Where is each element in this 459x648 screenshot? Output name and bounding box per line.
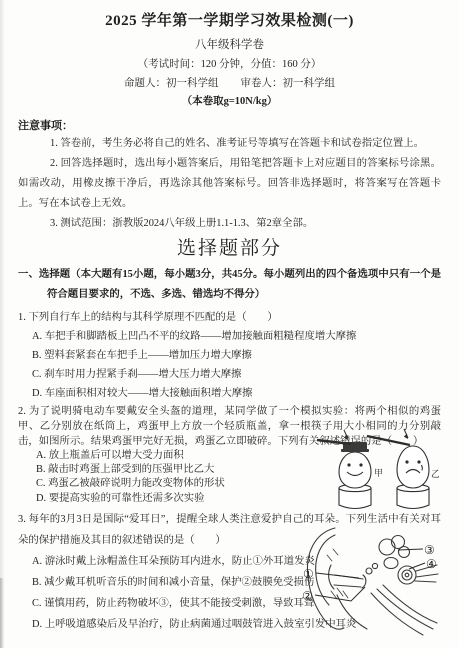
egg-label-yi: 乙 bbox=[431, 469, 439, 479]
ear-anatomy-figure: ① ② ③ ④ bbox=[301, 525, 441, 641]
question-1-option-b: B. 塑料套紧套在车把手上——增加压力增大摩擦 bbox=[32, 346, 441, 365]
scan-smudge bbox=[0, 578, 4, 648]
section-title: 选择题部分 bbox=[18, 236, 441, 262]
question-1-option-a: A. 车把手和脚踏板上凹凸不平的纹路——增加接触面粗糙程度增大摩擦 bbox=[32, 327, 441, 346]
question-2: 甲 乙 2. 为了说明骑电动车要戴安全头盔的道理，某同学做了一个模拟实验：将两个… bbox=[18, 404, 441, 506]
egg-experiment-figure: 甲 乙 bbox=[317, 428, 439, 512]
authors-line: 命题人：初一科学组审卷人：初一科学组 bbox=[18, 76, 441, 91]
gravity-note: （本卷取g=10N/kg） bbox=[18, 94, 441, 109]
question-1-option-d: D. 车座面积相对较大——增大接触面积增大摩擦 bbox=[32, 384, 441, 403]
notice-item-3: 3. 测试范围：浙教版2024八年级上册1.1-1.3、第2章全部。 bbox=[18, 214, 441, 234]
question-1-stem: 1. 下列自行车上的结构与其科学原理不匹配的是（ ） bbox=[18, 308, 441, 327]
question-3: ① ② ③ ④ 3. 每年的3月3日是国际“爱耳日”，提醒全球人类注意爱护自己的… bbox=[18, 509, 441, 635]
ear-label-1: ① bbox=[303, 567, 314, 581]
egg-jia-group bbox=[317, 430, 371, 509]
notice-heading: 注意事项： bbox=[18, 118, 441, 134]
egg-yi bbox=[397, 446, 429, 488]
question-1-option-c: C. 刹车时用力捏紧手刹——增大压力增大摩擦 bbox=[32, 365, 441, 384]
egg-jia bbox=[339, 452, 371, 488]
author-reviewer: 审卷人：初一科学组 bbox=[241, 78, 336, 89]
ear-label-2: ② bbox=[302, 589, 313, 603]
question-1-options: A. 车把手和脚踏板上凹凸不平的纹路——增加接触面粗糙程度增大摩擦 B. 塑料套… bbox=[18, 327, 441, 403]
ear-label-4: ④ bbox=[426, 557, 437, 571]
section-instruction: 一、选择题（本大题有15小题，每小题3分，共45分。每小题列出的四个备选项中只有… bbox=[18, 265, 441, 305]
scan-edge-shadow bbox=[0, 0, 5, 648]
exam-paper-page: 2025 学年第一学期学习效果检测(一) 八年级科学卷 （考试时间：120 分钟… bbox=[0, 0, 459, 648]
ear-drawing bbox=[307, 528, 438, 635]
notice-section: 注意事项： 1. 答卷前，考生务必将自己的姓名、准考证号等填写在答题卡和试卷指定… bbox=[18, 118, 441, 234]
paper-title: 2025 学年第一学期学习效果检测(一) bbox=[18, 10, 441, 32]
exam-info-line: （考试时间：120 分钟，分值：160 分） bbox=[18, 57, 441, 72]
notice-item-1: 1. 答卷前，考生务必将自己的姓名、准考证号等填写在答题卡和试卷指定位置上。 bbox=[18, 134, 441, 154]
paper-header: 2025 学年第一学期学习效果检测(一) 八年级科学卷 （考试时间：120 分钟… bbox=[18, 10, 441, 109]
author-setter: 命题人：初一科学组 bbox=[124, 78, 219, 89]
paper-subtitle: 八年级科学卷 bbox=[18, 38, 441, 53]
question-1: 1. 下列自行车上的结构与其科学原理不匹配的是（ ） A. 车把手和脚踏板上凹凸… bbox=[18, 308, 441, 403]
notice-item-2: 2. 回答选择题时，选出每小题答案后，用铅笔把答题卡上对应题目的答案标号涂黑。如… bbox=[18, 154, 441, 214]
ear-label-3: ③ bbox=[424, 543, 435, 557]
chopstick-yi bbox=[367, 436, 410, 445]
egg-label-jia: 甲 bbox=[374, 468, 383, 478]
